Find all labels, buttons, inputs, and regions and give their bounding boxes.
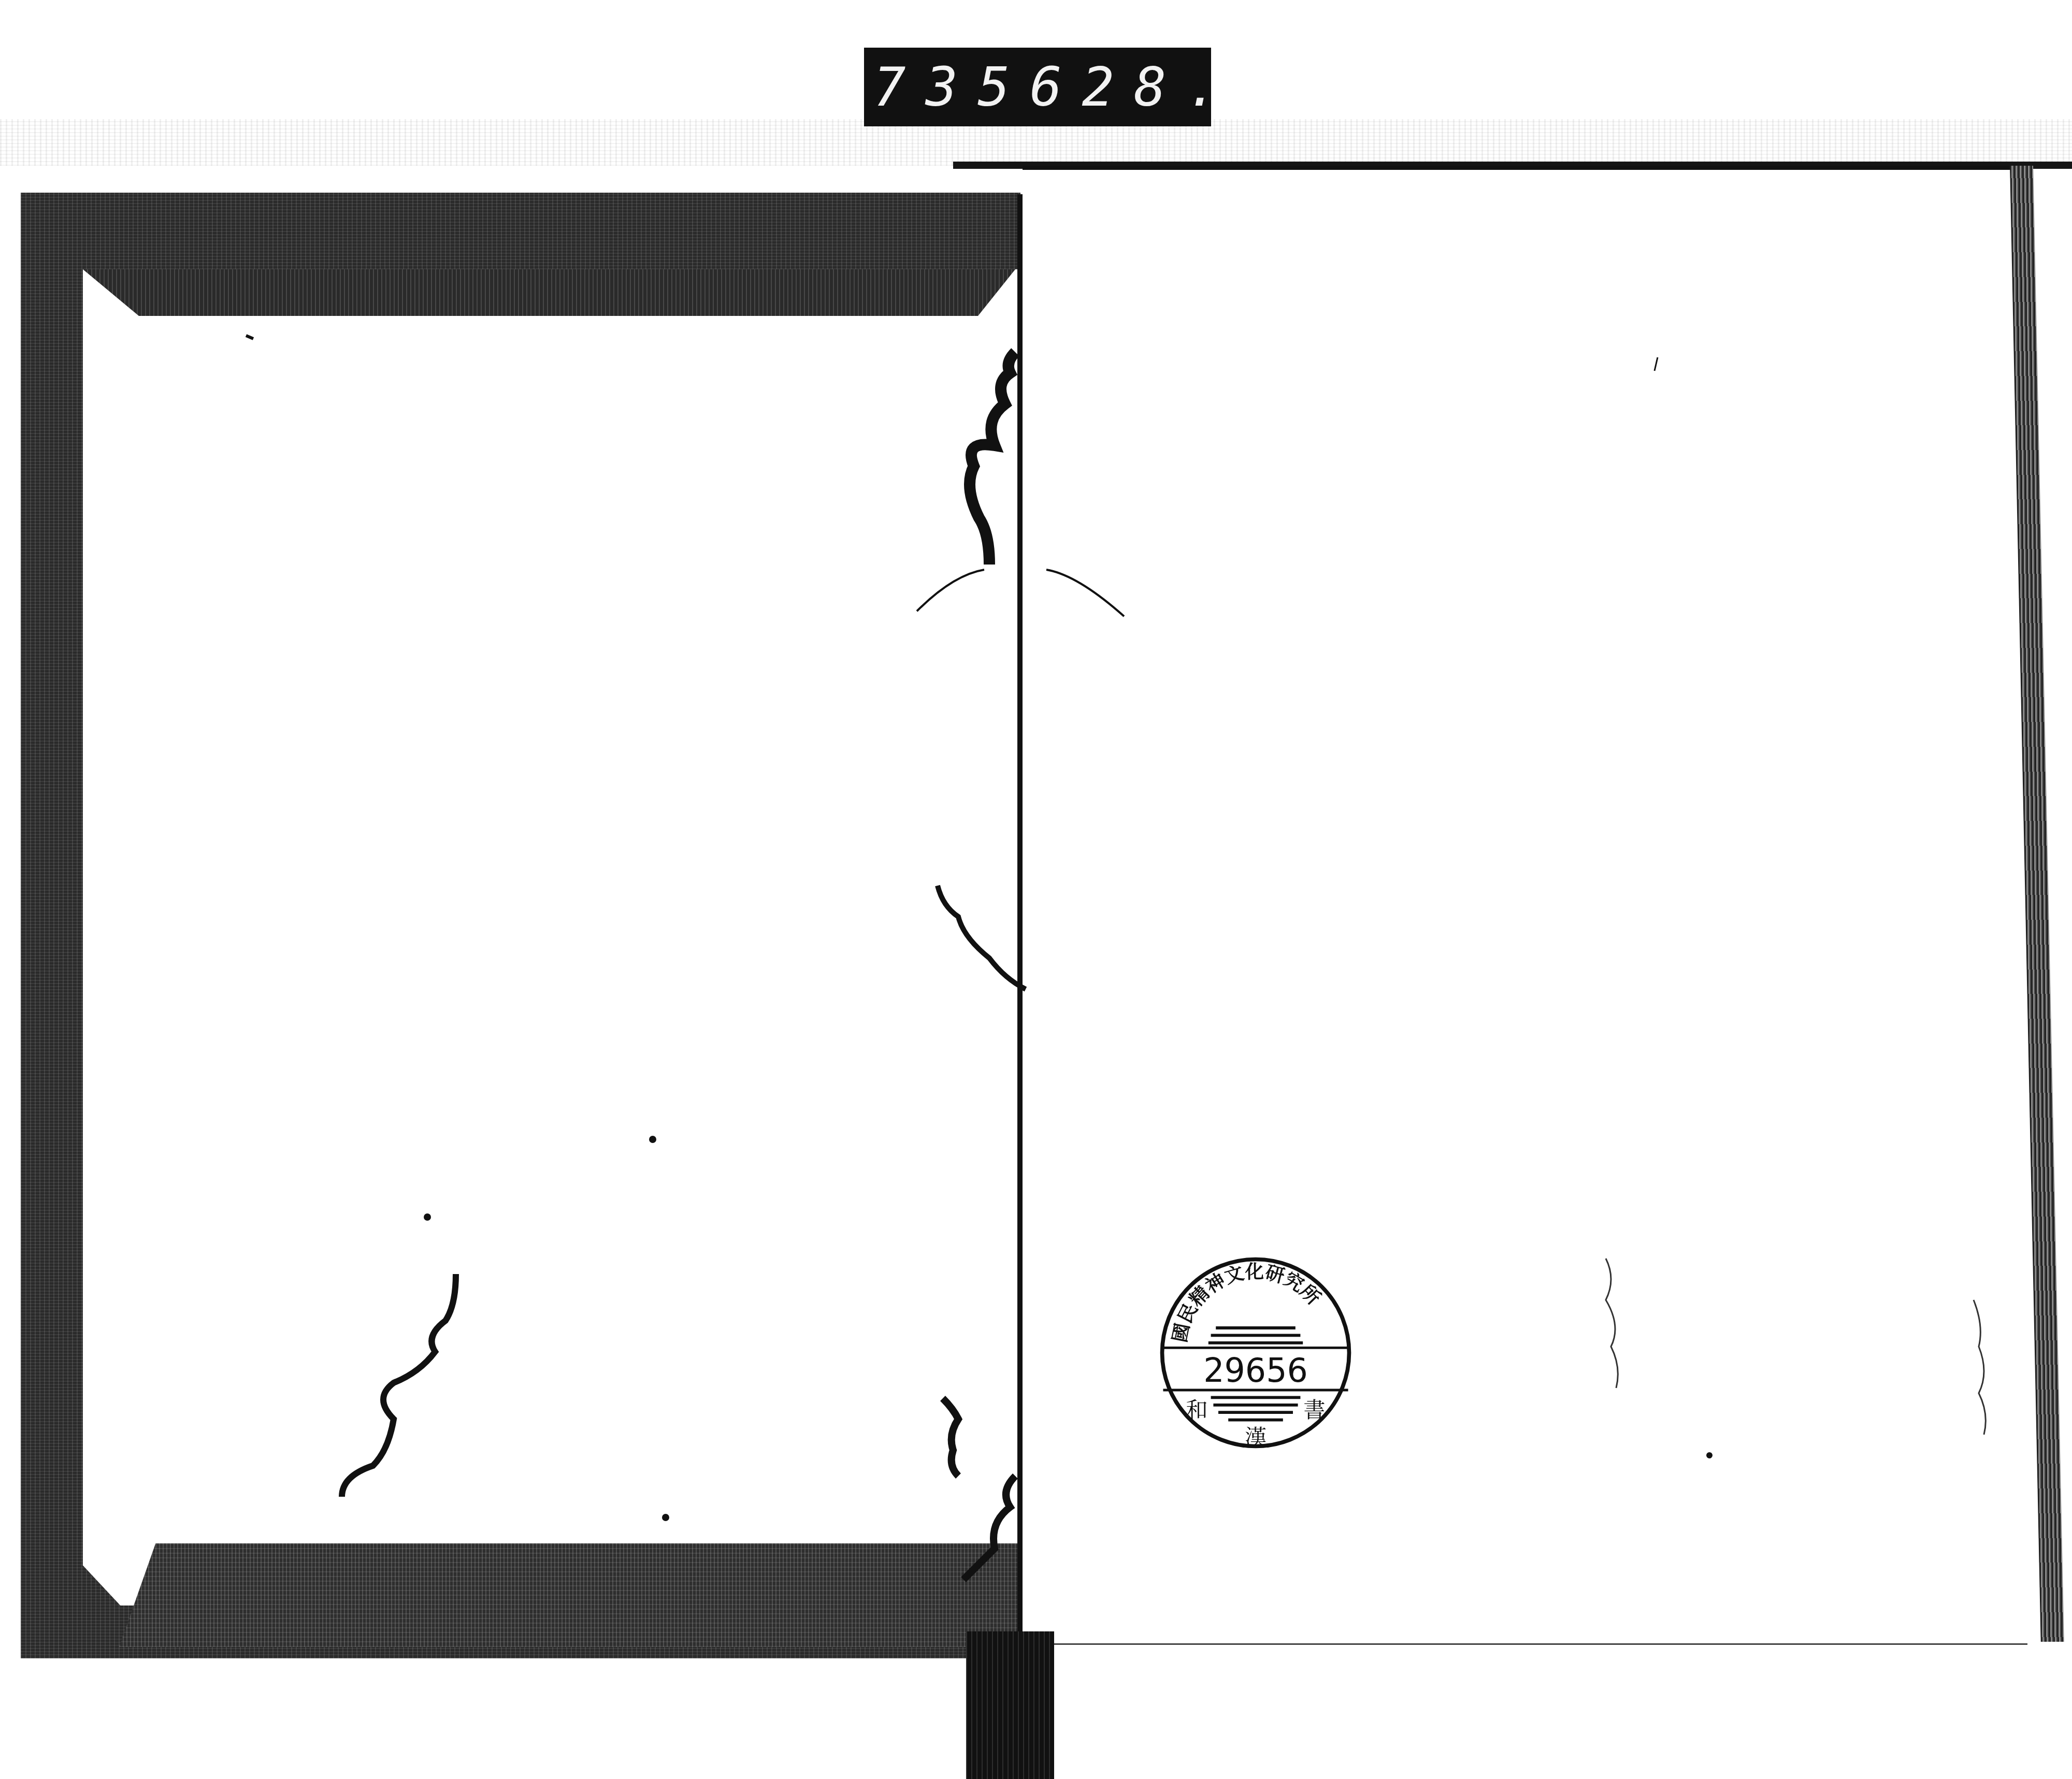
library-stamp: 國民精神文化研究所 29656 和 漢 書 xyxy=(1156,1253,1355,1452)
stamp-category-bottom: 漢 xyxy=(1245,1425,1267,1450)
call-number-part-2: 628. xyxy=(1030,55,1238,119)
stamp-accession-number: 29656 xyxy=(1203,1351,1308,1390)
spine xyxy=(966,1631,1054,1779)
call-number-part-1: 735 xyxy=(873,55,1030,119)
cover-turn-in-top xyxy=(83,269,1015,316)
call-number-label: 735 628. xyxy=(864,48,1211,126)
cover-turn-in-bottom xyxy=(119,1543,1031,1647)
stamp-category-right: 書 xyxy=(1303,1397,1325,1423)
book-gutter xyxy=(1017,194,1023,1675)
pasted-endpaper xyxy=(83,269,1020,1606)
stamp-category-left: 和 xyxy=(1186,1397,1208,1423)
